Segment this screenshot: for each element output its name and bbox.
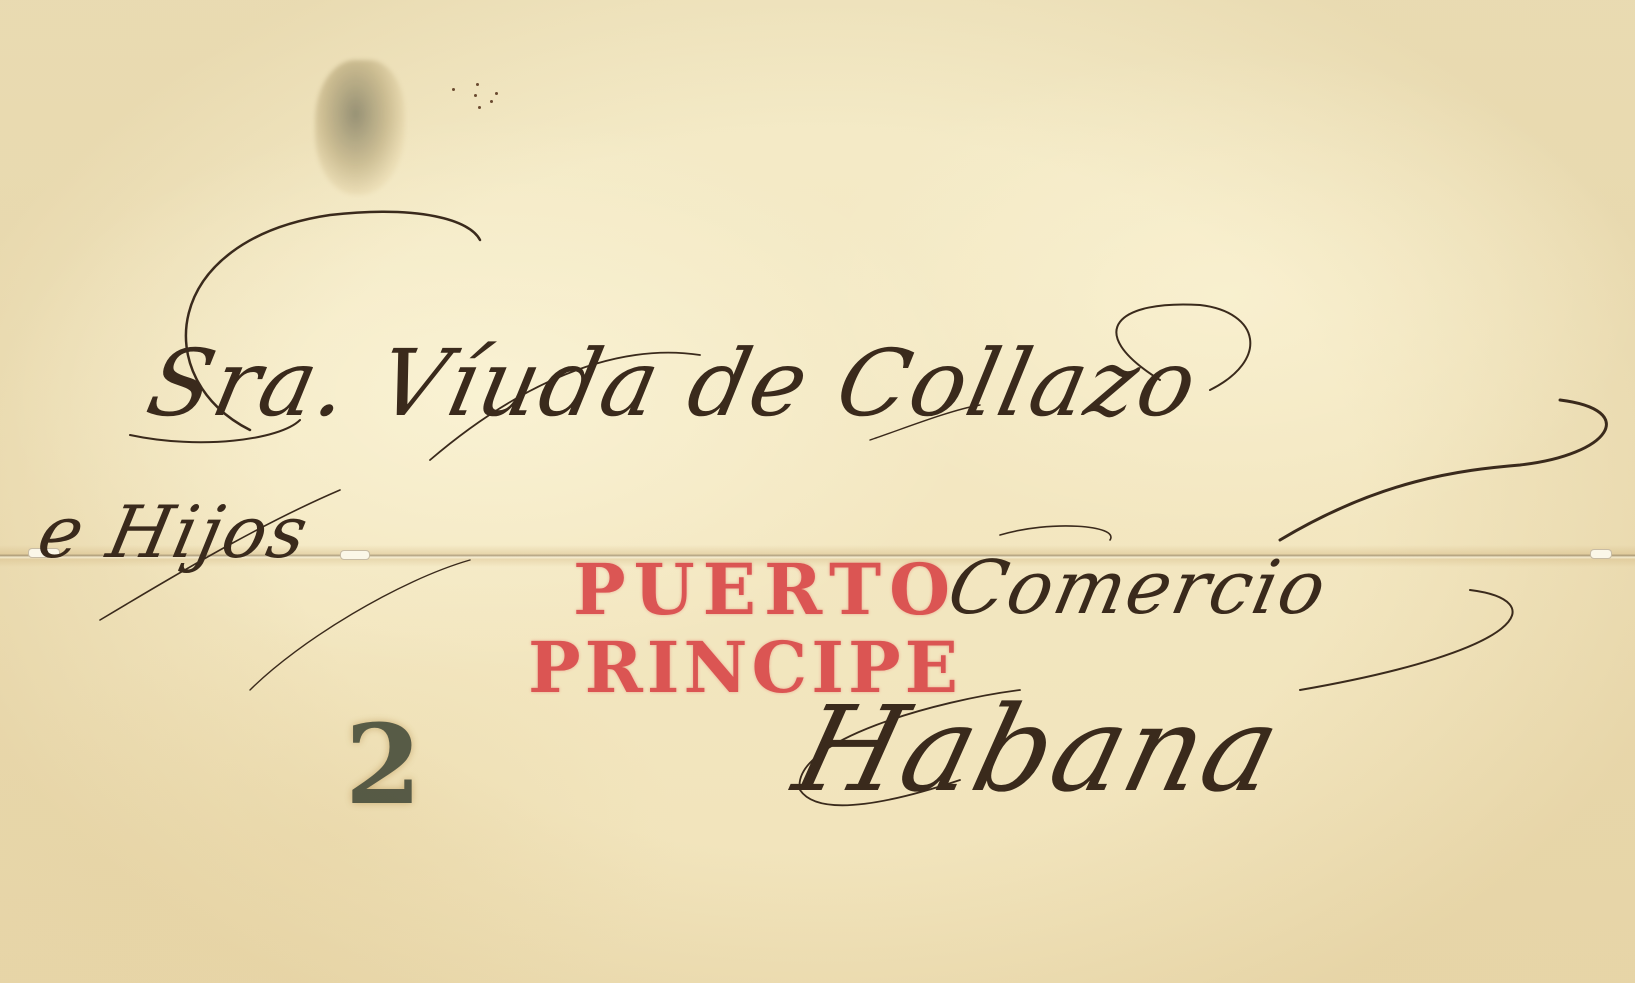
ink-stain <box>315 60 405 195</box>
address-line-1: Sra. Víuda de Collazo <box>139 330 1208 437</box>
fold-wear <box>1590 549 1612 559</box>
address-line-3: Comercio <box>941 545 1335 631</box>
postal-cover: PUERTO PRINCIPE Sra. Víuda de Collazo e… <box>0 0 1635 983</box>
address-line-2: e Hijos <box>31 490 317 574</box>
handstamp-line-1: PUERTO <box>573 548 958 631</box>
fold-wear <box>340 550 370 560</box>
rate-mark: 2 <box>345 700 422 829</box>
ink-specks <box>450 80 510 120</box>
address-line-4: Habana <box>783 680 1295 818</box>
